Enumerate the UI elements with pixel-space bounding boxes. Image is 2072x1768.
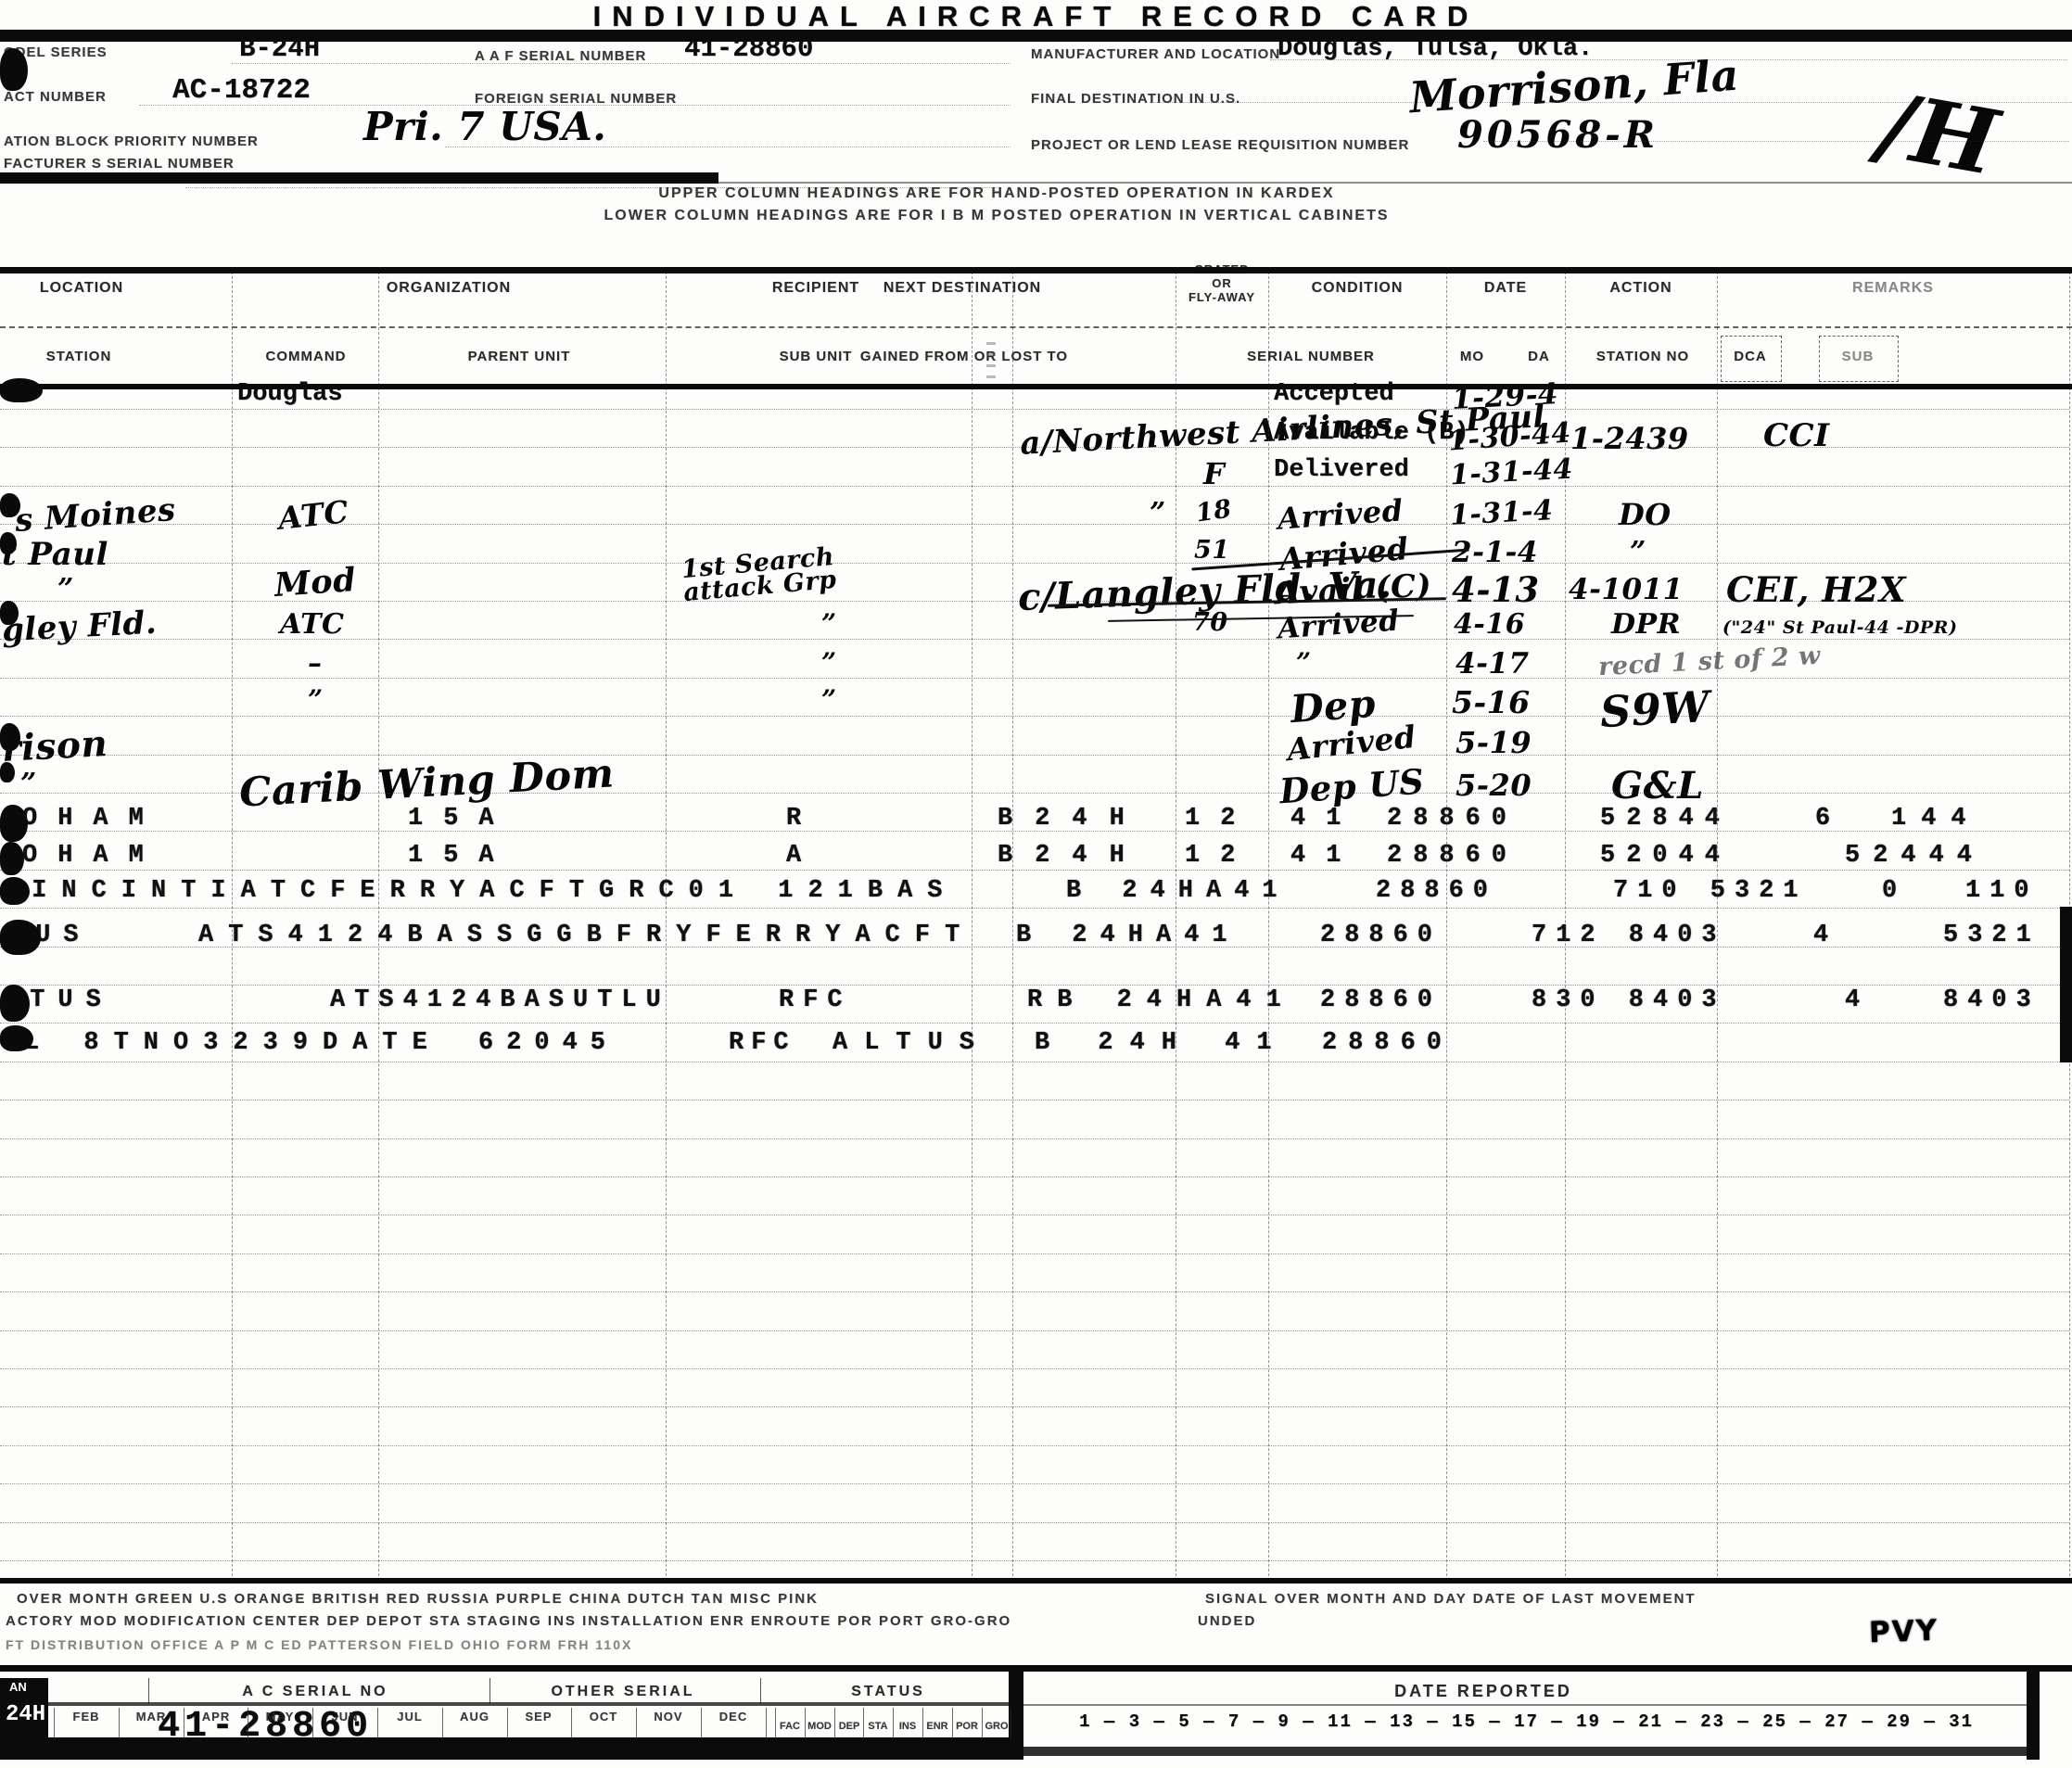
ink-smudge bbox=[0, 1025, 33, 1051]
cell-r16-seg3: RB 24HA41 bbox=[1027, 986, 1296, 1014]
cell-r2-remarks: CCI bbox=[1763, 417, 1830, 454]
month-divider bbox=[442, 1708, 443, 1739]
cell-r8-condition: ” bbox=[1296, 647, 1312, 678]
col-sub-unit: SUB UNIT bbox=[780, 349, 853, 364]
row-rule bbox=[0, 1253, 2069, 1254]
cell-r5-location: t Paul bbox=[2, 536, 108, 573]
footer-date-numbers: 1 — 3 — 5 — 7 — 9 — 11 — 13 — 15 — 17 — … bbox=[1079, 1711, 1974, 1732]
cell-r6-condition: Avail (C) bbox=[1275, 567, 1432, 613]
cell-r14-seg1: B 24HA41 bbox=[1066, 877, 1290, 905]
month-divider bbox=[312, 1708, 313, 1739]
month-divider bbox=[636, 1708, 637, 1739]
status-cell-mod: MOD bbox=[807, 1721, 832, 1732]
cell-r15-seg2: B 24HA41 bbox=[1016, 922, 1240, 949]
column-line bbox=[1012, 272, 1013, 1576]
month-divider bbox=[184, 1708, 184, 1739]
cell-r17-seg1: 62045 bbox=[478, 1029, 618, 1057]
month-divider bbox=[507, 1708, 508, 1739]
cell-r12-seg7: 52844 bbox=[1600, 805, 1731, 833]
col-action: ACTION bbox=[1609, 280, 1672, 297]
cell-r6-date: 4-13 bbox=[1452, 569, 1540, 610]
column-line bbox=[1176, 272, 1176, 1576]
row-rule bbox=[0, 447, 2069, 448]
cell-r12-seg4: 12 bbox=[1185, 805, 1255, 833]
cell-r5-date: 2-1-4 bbox=[1452, 536, 1538, 569]
row-rule bbox=[0, 601, 2069, 602]
scan-bar bbox=[1023, 1747, 2027, 1756]
scan-bar bbox=[1023, 1704, 2027, 1706]
cell-r14-seg4: 0 bbox=[1882, 877, 1899, 905]
cell-r4-action: DO bbox=[1619, 497, 1672, 532]
col-organization: ORGANIZATION bbox=[387, 280, 511, 297]
final-destination-label: FINAL DESTINATION IN U.S. bbox=[1031, 91, 1240, 107]
row-rule bbox=[0, 755, 2069, 756]
cell-r12-seg3: B24H bbox=[998, 805, 1147, 833]
cell-r5-crated: 51 bbox=[1194, 536, 1230, 565]
month-cell-feb: FEB bbox=[73, 1710, 100, 1723]
col-station-no: STATION NO bbox=[1596, 349, 1689, 364]
month-cell-nov: NOV bbox=[654, 1710, 682, 1723]
ink-smudge bbox=[0, 842, 24, 875]
aaf-serial-label: A A F SERIAL NUMBER bbox=[475, 48, 646, 64]
status-cell-ins: INS bbox=[899, 1721, 916, 1732]
row-rule bbox=[0, 908, 2069, 909]
legend-office: FT DISTRIBUTION OFFICE A P M C ED PATTER… bbox=[6, 1637, 632, 1652]
col-location: LOCATION bbox=[40, 280, 123, 297]
scan-bar bbox=[0, 1702, 1011, 1706]
row-rule bbox=[0, 1406, 2069, 1407]
narrow-column-marks bbox=[986, 336, 996, 378]
cell-r4-command: ATC bbox=[276, 493, 350, 537]
month-divider bbox=[248, 1708, 248, 1739]
cell-r9-command: ” bbox=[308, 684, 324, 715]
contract-number-label: ACT NUMBER bbox=[4, 89, 107, 105]
status-divider bbox=[863, 1708, 864, 1739]
scan-bar bbox=[0, 182, 2072, 184]
scan-bar bbox=[0, 384, 2072, 389]
cell-r15-seg1: ATS4124BASSGGBFRYFERRYACFT bbox=[198, 922, 974, 949]
row-rule bbox=[0, 1215, 2069, 1215]
field-rule bbox=[185, 187, 1001, 188]
month-divider bbox=[119, 1708, 120, 1739]
cell-r13-seg5: 41 bbox=[1290, 842, 1361, 870]
cell-r17-seg5: 28860 bbox=[1322, 1029, 1453, 1057]
cell-r9-recipient: ” bbox=[821, 684, 837, 715]
row-rule bbox=[0, 1560, 2069, 1561]
cell-r16-seg2: RFC bbox=[779, 986, 852, 1014]
cell-r2-condition: Available (B) bbox=[1274, 419, 1469, 447]
corner-mark: ∕H bbox=[1872, 72, 2005, 196]
column-line bbox=[1717, 272, 1718, 1576]
col-dca: DCA bbox=[1734, 349, 1767, 364]
cell-r12-seg9: 144 bbox=[1891, 805, 1981, 833]
cell-r13-seg4: 12 bbox=[1185, 842, 1255, 870]
model-fragment: 24H bbox=[6, 1702, 45, 1727]
cell-r15-seg3: 28860 bbox=[1320, 922, 1442, 949]
field-rule bbox=[445, 146, 1011, 147]
ink-smudge bbox=[0, 48, 28, 91]
month-divider bbox=[701, 1708, 702, 1739]
mfr-serial-label: FACTURER S SERIAL NUMBER bbox=[4, 156, 235, 172]
col-next-destination: NEXT DESTINATION bbox=[883, 280, 1041, 297]
card-title: INDIVIDUAL AIRCRAFT RECORD CARD bbox=[0, 0, 2072, 33]
row-rule bbox=[0, 1483, 2069, 1484]
cell-r7-remarks: ("24" St Paul-44 -DPR) bbox=[1722, 617, 1957, 638]
field-rule bbox=[1483, 141, 2069, 142]
cell-r13-seg3: B24H bbox=[998, 842, 1147, 870]
cell-r16-seg4: 28860 bbox=[1320, 986, 1442, 1014]
col-recipient: RECIPIENT bbox=[772, 280, 859, 297]
row-rule bbox=[0, 1138, 2069, 1139]
row-rule bbox=[0, 639, 2069, 640]
scan-bar bbox=[2027, 1665, 2040, 1760]
month-cell-jun: JUN bbox=[331, 1710, 358, 1723]
footer-tick bbox=[148, 1678, 149, 1704]
scan-bar bbox=[0, 267, 2072, 273]
scan-bar bbox=[0, 1737, 1014, 1760]
cell-r7-command: ATC bbox=[280, 608, 344, 641]
field-rule bbox=[232, 63, 1011, 64]
project-number-value: 90568-R bbox=[1457, 113, 1659, 157]
cell-r17-seg4: B 24H 41 bbox=[1035, 1029, 1289, 1057]
row-rule bbox=[0, 486, 2069, 487]
cell-r17-seg0: L 8TNO3239DATE bbox=[24, 1029, 442, 1057]
footer-date-reported-label: DATE REPORTED bbox=[1394, 1682, 1572, 1701]
status-divider bbox=[952, 1708, 953, 1739]
footer-status-label: STATUS bbox=[851, 1684, 925, 1700]
priority-number-value: Pri. 7 USA. bbox=[363, 104, 606, 149]
cell-r4-condition: Arrived bbox=[1277, 492, 1405, 536]
col-serial-number: SERIAL NUMBER bbox=[1247, 349, 1375, 364]
header-row-separator bbox=[0, 326, 2072, 328]
row-rule bbox=[0, 870, 2069, 871]
row-rule bbox=[0, 563, 2069, 564]
status-cell-fac: FAC bbox=[780, 1721, 800, 1732]
column-line bbox=[972, 272, 972, 1576]
field-rule bbox=[139, 105, 1011, 106]
scan-bar bbox=[0, 1665, 2072, 1672]
model-series-value: B-24H bbox=[239, 33, 320, 64]
cell-r7-recipient: ” bbox=[821, 608, 837, 639]
aaf-serial-value: 41-28860 bbox=[684, 33, 813, 64]
cell-r3-condition: Delivered bbox=[1274, 456, 1409, 484]
month-cell-dec: DEC bbox=[719, 1710, 747, 1723]
row-rule bbox=[0, 947, 2069, 948]
column-line bbox=[232, 272, 233, 1576]
ink-smudge bbox=[0, 820, 24, 829]
manufacturer-label: MANUFACTURER AND LOCATION bbox=[1031, 46, 1280, 62]
status-cell-dep: DEP bbox=[839, 1721, 860, 1732]
col-gained-lost: GAINED FROM OR LOST TO bbox=[860, 349, 1068, 364]
status-divider bbox=[834, 1708, 835, 1739]
row-rule bbox=[0, 985, 2069, 986]
cell-r11-action: G&L bbox=[1611, 764, 1704, 808]
row-rule bbox=[0, 831, 2069, 832]
column-line bbox=[1565, 272, 1566, 1576]
footer-serial-label: A C SERIAL NO bbox=[242, 1684, 388, 1700]
cell-r13-seg0: OHAM bbox=[22, 842, 164, 870]
col-parent-unit: PARENT UNIT bbox=[468, 349, 571, 364]
cell-r13-seg8: 52444 bbox=[1845, 842, 1985, 870]
cell-r8-recipient: ” bbox=[821, 647, 837, 678]
scan-bar bbox=[0, 1578, 2072, 1584]
cell-r14-seg2: 28860 bbox=[1376, 877, 1497, 905]
month-cell-aug: AUG bbox=[460, 1710, 489, 1723]
status-divider bbox=[775, 1708, 776, 1739]
row-rule bbox=[0, 1368, 2069, 1369]
status-divider bbox=[1011, 1708, 1011, 1739]
month-cell-oct: OCT bbox=[590, 1710, 617, 1723]
ink-smudge bbox=[0, 493, 20, 517]
scan-bar bbox=[2060, 907, 2072, 1062]
cell-r9-action: S9W bbox=[1599, 681, 1711, 737]
ink-smudge bbox=[0, 920, 41, 955]
status-cell-gro: GRO bbox=[985, 1721, 1008, 1732]
cell-r8-date: 4-17 bbox=[1455, 647, 1530, 680]
cell-r6-remarks: CEI, H2X bbox=[1726, 569, 1906, 610]
cell-r6-command: Mod bbox=[273, 561, 358, 604]
footer-tick bbox=[760, 1678, 761, 1704]
cell-r14-seg3: 710 5321 bbox=[1613, 877, 1808, 905]
col-sub: SUB bbox=[1842, 349, 1875, 364]
legend-abbreviations: ACTORY MOD MODIFICATION CENTER DEP DEPOT… bbox=[6, 1613, 1011, 1629]
status-cell-por: POR bbox=[956, 1721, 978, 1732]
cell-r13-seg1: 15A bbox=[408, 842, 515, 870]
row-rule bbox=[0, 793, 2069, 794]
month-divider bbox=[377, 1708, 378, 1739]
cell-r12-seg1: 15A bbox=[408, 805, 515, 833]
cell-r12-seg6: 28860 bbox=[1387, 805, 1518, 833]
ink-smudge bbox=[0, 601, 19, 625]
cell-r4-location: s Moines bbox=[14, 491, 177, 540]
cell-r16-seg6: 4 bbox=[1845, 986, 1862, 1014]
footer-other-serial-label: OTHER SERIAL bbox=[551, 1684, 694, 1700]
month-cell-mar: MAR bbox=[136, 1710, 167, 1723]
cell-r17-seg2: RFC bbox=[729, 1029, 796, 1057]
cell-r12-seg2: R bbox=[786, 805, 810, 833]
cell-r6-recipient: 1st Search attack Grp bbox=[680, 546, 837, 605]
cell-r16-seg1: ATS4124BASUTLU bbox=[330, 986, 670, 1014]
month-cell-may: MAY bbox=[266, 1710, 295, 1723]
col-mo: MO bbox=[1460, 349, 1484, 364]
cell-r14-seg5: 110 bbox=[1965, 877, 2039, 905]
cell-r7-location: gley Fld. bbox=[1, 604, 158, 650]
col-command: COMMAND bbox=[266, 349, 347, 364]
col-remarks: REMARKS bbox=[1852, 280, 1934, 297]
column-line bbox=[666, 272, 667, 1576]
project-number-label: PROJECT OR LEND LEASE REQUISITION NUMBER bbox=[1031, 137, 1409, 153]
row-rule bbox=[0, 1522, 2069, 1523]
month-cell-jul: JUL bbox=[397, 1710, 423, 1723]
row-rule bbox=[0, 678, 2069, 679]
row-rule bbox=[0, 1023, 2069, 1024]
row-rule bbox=[0, 1445, 2069, 1446]
legend-colors: OVER MONTH GREEN U.S ORANGE BRITISH RED … bbox=[17, 1591, 819, 1607]
cell-r12-seg8: 6 bbox=[1815, 805, 1834, 833]
cell-r8-command: – bbox=[308, 647, 323, 680]
cell-r11-location: ” bbox=[20, 768, 37, 800]
cell-r2-action: 1-2439 bbox=[1570, 421, 1689, 456]
cell-r7-action: DPR bbox=[1611, 608, 1681, 641]
month-divider bbox=[766, 1708, 767, 1739]
row-rule bbox=[0, 524, 2069, 525]
row-rule bbox=[0, 409, 2069, 410]
row-rule bbox=[0, 1330, 2069, 1331]
cell-r16-seg5: 830 8403 bbox=[1532, 986, 1726, 1014]
row-rule bbox=[0, 1291, 2069, 1292]
column-line bbox=[1268, 272, 1269, 1576]
col-da: DA bbox=[1528, 349, 1550, 364]
cell-r15-seg5: 4 bbox=[1813, 922, 1830, 949]
cell-r17-seg3: ALTUS bbox=[833, 1029, 991, 1057]
status-divider bbox=[805, 1708, 806, 1739]
legend-signal: SIGNAL OVER MONTH AND DAY DATE OF LAST M… bbox=[1205, 1591, 1697, 1607]
cell-r4-date: 1-31-4 bbox=[1449, 494, 1554, 532]
col-station: STATION bbox=[46, 349, 112, 364]
ink-smudge bbox=[0, 723, 20, 751]
column-line bbox=[1446, 272, 1447, 1576]
cell-r16-seg7: 8403 bbox=[1943, 986, 2040, 1014]
cell-r7-date: 4-16 bbox=[1454, 608, 1525, 641]
contract-number-value: AC-18722 bbox=[172, 74, 311, 107]
ink-smudge bbox=[0, 985, 30, 1022]
cell-r15-seg6: 5321 bbox=[1943, 922, 2040, 949]
ink-smudge bbox=[0, 532, 17, 554]
col-condition: CONDITION bbox=[1312, 280, 1404, 297]
month-divider bbox=[54, 1708, 55, 1739]
col-date: DATE bbox=[1484, 280, 1527, 297]
row-rule bbox=[0, 1062, 2069, 1062]
jan-label: AN bbox=[9, 1680, 27, 1694]
status-divider bbox=[922, 1708, 923, 1739]
month-divider bbox=[571, 1708, 572, 1739]
cell-r12-seg5: 41 bbox=[1290, 805, 1361, 833]
legend-grounded-fragment: UNDED bbox=[1198, 1613, 1256, 1629]
ink-smudge bbox=[0, 378, 43, 402]
cell-r13-seg6: 28860 bbox=[1387, 842, 1518, 870]
status-divider bbox=[982, 1708, 983, 1739]
row-rule bbox=[0, 1100, 2069, 1100]
ink-smudge bbox=[0, 877, 30, 905]
status-cell-sta: STA bbox=[868, 1721, 887, 1732]
priority-number-label: ATION BLOCK PRIORITY NUMBER bbox=[4, 134, 259, 149]
cell-r7-crated: 70 bbox=[1192, 608, 1228, 637]
footer-tick bbox=[489, 1678, 490, 1704]
ink-smudge bbox=[0, 762, 15, 782]
aircraft-record-card: INDIVIDUAL AIRCRAFT RECORD CARD ∕H ODEL … bbox=[0, 0, 2072, 1768]
kardex-note-line2: LOWER COLUMN HEADINGS ARE FOR I B M POST… bbox=[604, 208, 1389, 224]
month-cell-sep: SEP bbox=[525, 1710, 552, 1723]
status-divider bbox=[893, 1708, 894, 1739]
cell-r13-seg2: A bbox=[786, 842, 810, 870]
field-rule bbox=[1270, 59, 2067, 60]
row-rule bbox=[0, 1177, 2069, 1177]
cell-r11-date: 5-20 bbox=[1455, 768, 1532, 803]
month-cell-apr: APR bbox=[202, 1710, 230, 1723]
status-cell-enr: ENR bbox=[926, 1721, 947, 1732]
pvy-stamp: PVY bbox=[1868, 1614, 1939, 1650]
row-rule bbox=[0, 716, 2069, 717]
field-rule bbox=[1150, 102, 2072, 103]
cell-r13-seg7: 52044 bbox=[1600, 842, 1731, 870]
cell-r8-action: recd 1 st of 2 w bbox=[1597, 642, 1821, 682]
cell-r14-seg0: CINCINTIATCFERRYACFTGRC01 121BAS bbox=[2, 877, 957, 905]
column-line bbox=[378, 272, 379, 1576]
cell-r12-seg0: OHAM bbox=[22, 805, 164, 833]
cell-r15-seg4: 712 8403 bbox=[1532, 922, 1726, 949]
